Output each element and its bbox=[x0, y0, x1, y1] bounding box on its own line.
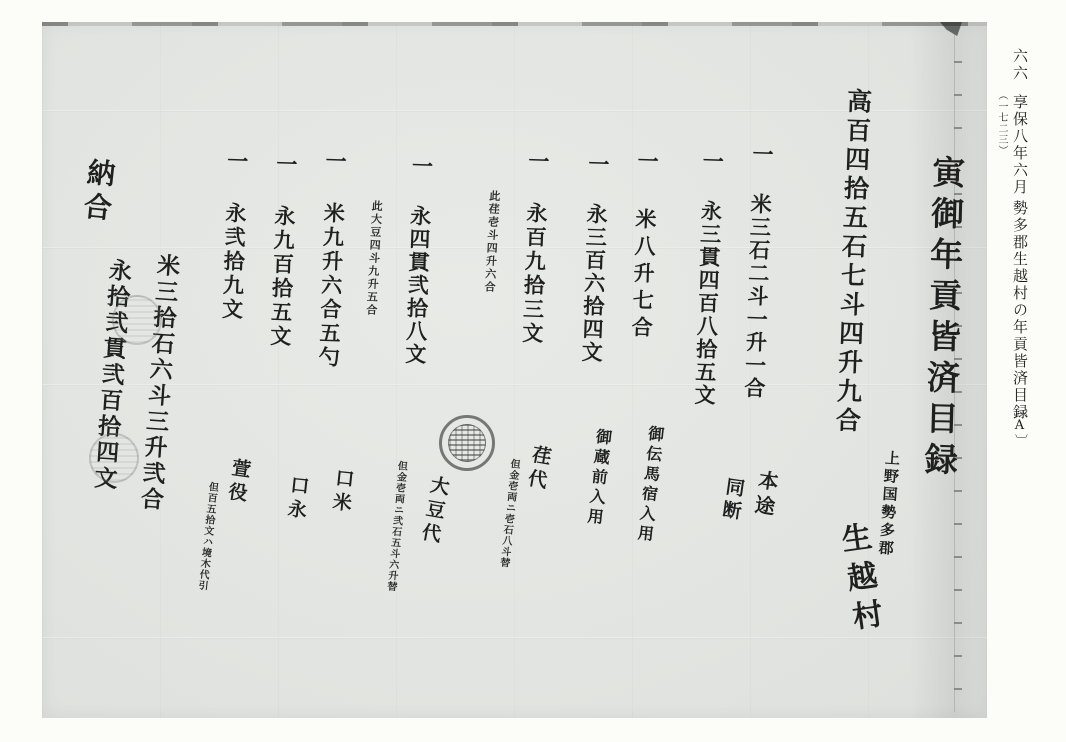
caption-document-number: 六六 bbox=[1012, 48, 1027, 82]
document-photo: 寅御年貢皆済目録 高百四拾五石七斗四升九合 一 米三石二斗一升一合 本途 一 永… bbox=[42, 22, 987, 718]
item-note: 口米 bbox=[330, 467, 354, 517]
village-seal-icon bbox=[439, 415, 495, 471]
horizontal-crease bbox=[42, 637, 987, 639]
item-note: 口永 bbox=[285, 474, 309, 524]
caption-title: 勢多郡生越村の年貢皆済目録 bbox=[1012, 200, 1027, 421]
seal-impression-texture bbox=[448, 424, 486, 462]
caption-western-year: （一七二三） bbox=[996, 90, 1006, 156]
caption-doc-label: 〔A〕 bbox=[1013, 404, 1026, 448]
paper-top-edge-shadow bbox=[42, 22, 987, 26]
item-note: 同断 bbox=[719, 476, 744, 524]
faint-check-seal-icon bbox=[89, 433, 139, 483]
manuscript-title: 寅御年貢皆済目録 bbox=[921, 155, 963, 518]
caption-date: 享保八年六月 bbox=[1012, 94, 1027, 196]
item-value: 一 米八升七合 bbox=[631, 150, 659, 349]
faint-check-seal-icon bbox=[112, 295, 162, 345]
item-note: 萱役 bbox=[225, 457, 250, 507]
item-note: 本途 bbox=[752, 469, 779, 521]
item-value: 一 永弐拾九文 bbox=[221, 150, 248, 333]
book-page: { "margin_caption": { "number": "六六", "y… bbox=[0, 0, 1066, 742]
item-value: 一 米九升六合五勺 bbox=[318, 150, 346, 353]
